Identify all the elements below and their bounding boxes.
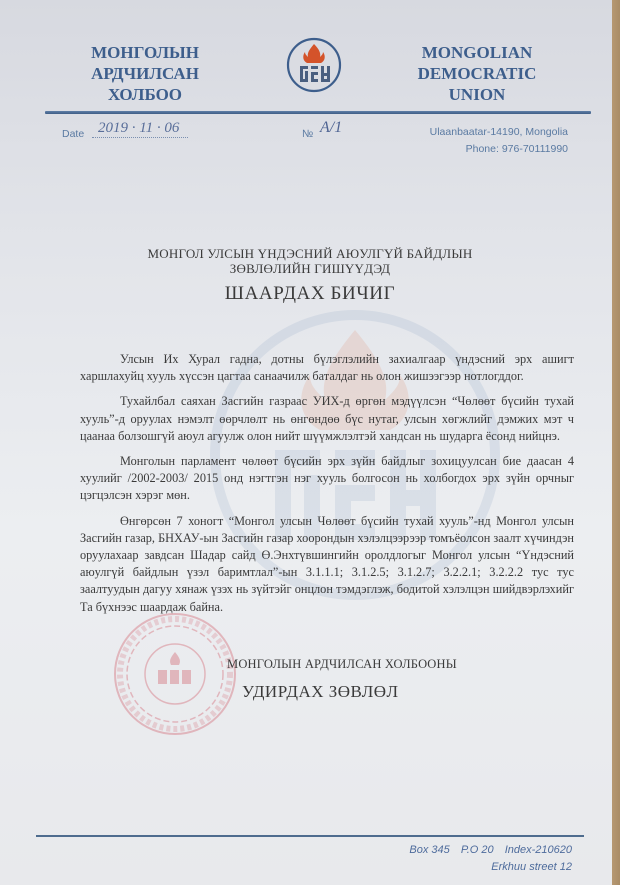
org-name-en-line1: MONGOLIAN DEMOCRATIC: [362, 42, 592, 84]
number-label: №: [302, 128, 313, 140]
date-value: 2019 · 11 · 06: [92, 120, 188, 138]
org-name-mn-line1: МОНГОЛЫН АРДЧИЛСАН: [40, 42, 250, 84]
number-value: А/1: [320, 119, 342, 137]
body-paragraph: Өнгөрсөн 7 хоногт “Монгол улсын Чөлөөт б…: [80, 513, 574, 616]
footer-box: Box 345: [409, 844, 449, 856]
letter-page: МОНГОЛЫН АРДЧИЛСАН ХОЛБОО MONGOLIAN DEMO…: [0, 0, 612, 885]
body-paragraph: Тухайлбал саяхан Засгийн газраас УИХ-д ө…: [80, 393, 574, 445]
org-name-mn-line2: ХОЛБОО: [40, 84, 250, 105]
recipient-block: МОНГОЛ УЛСЫН ҮНДЭСНИЙ АЮУЛГҮЙ БАЙДЛЫН ЗӨ…: [0, 246, 620, 276]
footer-address: Box 345 P.O 20 Index-210620 Erkhuu stree…: [401, 842, 572, 876]
recipient-line1: МОНГОЛ УЛСЫН ҮНДЭСНИЙ АЮУЛГҮЙ БАЙДЛЫН: [0, 246, 620, 261]
signature-org-line: МОНГОЛЫН АРДЧИЛСАН ХОЛБООНЫ: [227, 657, 457, 672]
footer-index: Index-210620: [505, 844, 572, 856]
footer-divider: [36, 835, 584, 837]
recipient-line2: ЗӨВЛӨЛИЙН ГИШҮҮДЭД: [0, 261, 620, 276]
document-title: ШААРДАХ БИЧИГ: [0, 283, 620, 305]
org-name-mongolian: МОНГОЛЫН АРДЧИЛСАН ХОЛБОО: [40, 42, 250, 105]
letter-body: Улсын Их Хурал гадна, дотны бүлэглэлийн …: [80, 351, 574, 624]
phone-line: Phone: 976-70111990: [430, 141, 568, 158]
footer-street: Erkhuu street 12: [401, 859, 572, 876]
org-name-en-line2: UNION: [362, 84, 592, 105]
org-name-english: MONGOLIAN DEMOCRATIC UNION: [362, 42, 592, 105]
flame-emblem-icon: [285, 36, 343, 94]
header-divider: [45, 111, 591, 114]
body-paragraph: Улсын Их Хурал гадна, дотны бүлэглэлийн …: [80, 351, 574, 385]
body-paragraph: Монголын парламент чөлөөт бүсийн эрх зүй…: [80, 453, 574, 505]
contact-address: Ulaanbaatar-14190, Mongolia Phone: 976-7…: [430, 124, 568, 158]
signature-council-line: УДИРДАХ ЗӨВЛӨЛ: [242, 682, 399, 702]
date-label: Date: [62, 128, 84, 140]
official-seal-icon: [113, 612, 237, 736]
footer-po: P.O 20: [461, 844, 494, 856]
address-line: Ulaanbaatar-14190, Mongolia: [430, 124, 568, 141]
